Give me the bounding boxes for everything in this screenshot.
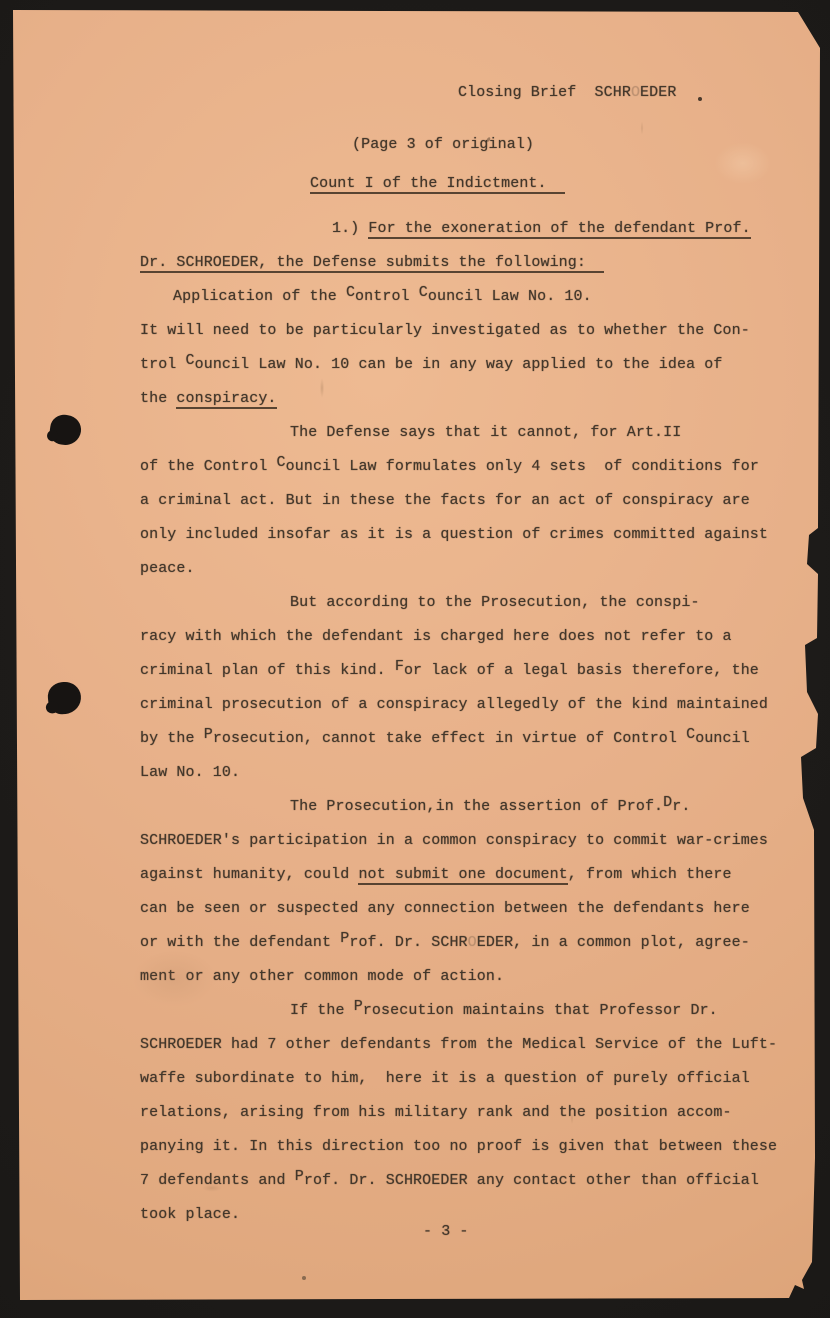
text-segment: can be seen or suspected any connection … [140,900,750,917]
text-segment: rosecution maintains that Professor Dr. [363,1002,718,1019]
header-line: Closing Brief SCHROEDER [140,76,800,110]
text-segment: against humanity, could [140,866,358,883]
text-segment: The Defense says that it cannot, for Art… [290,424,681,441]
text-line: SCHROEDER had 7 other defendants from th… [140,1028,800,1062]
text-segment: 7 defendants and [140,1172,295,1189]
scan-background: { "colors": { "background": "#1d1b19", "… [0,0,830,1318]
text-segment: only included insofar as it is a questio… [140,526,768,543]
text-segment: Dr. SCHROEDER, the Defense submits the f… [140,254,604,273]
text-segment: SCHROEDER's participation in a common co… [140,832,768,849]
text-segment: conspiracy. [176,390,276,409]
text-line: trol Council Law No. 10 can be in any wa… [140,348,800,382]
text-segment: P [204,726,213,743]
text-line: the conspiracy. [140,382,800,416]
text-line: of the Control Council Law formulates on… [140,450,800,484]
text-line: a criminal act. But in these the facts f… [140,484,800,518]
text-line: 7 defendants and Prof. Dr. SCHROEDER any… [140,1164,800,1198]
text-segment: Closing Brief SCHR [458,84,631,101]
text-segment: C [277,454,286,471]
text-line: waffe subordinate to him, here it is a q… [140,1062,800,1096]
text-segment: criminal plan of this kind. [140,662,395,679]
text-segment: Law No. 10. [140,764,240,781]
text-segment: D [663,794,672,811]
text-segment: rof. Dr. SCHR [349,934,467,951]
text-segment: rosecution, cannot take effect in virtue… [213,730,686,747]
text-segment: criminal prosecution of a conspiracy all… [140,696,768,713]
text-segment: r. [672,798,690,815]
text-line: racy with which the defendant is charged… [140,620,800,654]
text-segment: , from which there [568,866,732,883]
document-lines: Closing Brief SCHROEDER(Page 3 of origin… [140,8,800,1249]
text-segment: panying it. In this direction too no pro… [140,1138,777,1155]
text-segment: took place. [140,1206,240,1223]
text-line: against humanity, could not submit one d… [140,858,800,892]
text-segment: P [354,998,363,1015]
text-line: can be seen or suspected any connection … [140,892,800,926]
text-segment: O [631,84,640,101]
section-heading: Count I of the Indictment. [140,167,800,201]
text-segment: SCHROEDER had 7 other defendants from th… [140,1036,777,1053]
text-line: If the Prosecution maintains that Profes… [140,994,800,1028]
text-segment: EDER, in a common plot, agree- [477,934,750,951]
text-segment: trol [140,356,186,373]
text-segment: relations, arising from his military ran… [140,1104,732,1121]
text-segment: - 3 - [423,1223,469,1240]
text-line: criminal plan of this kind. For lack of … [140,654,800,688]
text-segment: by the [140,730,204,747]
punch-hole-bottom [46,680,82,715]
text-line: But according to the Prosecution, the co… [140,586,800,620]
text-segment: peace. [140,560,195,577]
text-segment: rof. Dr. SCHROEDER any contact other tha… [304,1172,759,1189]
text-segment: ouncil [695,730,750,747]
text-segment: ment or any other common mode of action. [140,968,504,985]
text-line: criminal prosecution of a conspiracy all… [140,688,800,722]
document-page: Closing Brief SCHROEDER(Page 3 of origin… [12,8,824,1302]
text-segment: not submit one document [358,866,567,885]
text-segment: or with the defendant [140,934,340,951]
text-segment: waffe subordinate to him, here it is a q… [140,1070,750,1087]
block-pagenote: (Page 3 of original) [140,128,800,162]
text-line: Law No. 10. [140,756,800,790]
text-line: Application of the Control Council Law N… [140,280,800,314]
text-segment: EDER [640,84,676,101]
text-segment: O [468,934,477,951]
text-line: SCHROEDER's participation in a common co… [140,824,800,858]
text-segment: or lack of a legal basis therefore, the [404,662,759,679]
page-note: (Page 3 of original) [140,128,800,162]
text-segment: the [140,390,176,407]
text-segment: It will need to be particularly investig… [140,322,750,339]
text-line: ment or any other common mode of action. [140,960,800,994]
text-line: peace. [140,552,800,586]
text-line: panying it. In this direction too no pro… [140,1130,800,1164]
text-line: 1.) For the exoneration of the defendant… [140,212,800,246]
text-line: or with the defendant Prof. Dr. SCHROEDE… [140,926,800,960]
text-segment: P [340,930,349,947]
text-segment: ouncil Law No. 10. [428,288,592,305]
text-segment: ouncil Law formulates only 4 sets of con… [286,458,759,475]
text-line: The Prosecution,in the assertion of Prof… [140,790,800,824]
text-line: only included insofar as it is a questio… [140,518,800,552]
text-segment: But according to the Prosecution, the co… [290,594,700,611]
text-segment: 1.) [332,220,368,237]
text-segment: of the Control [140,458,277,475]
text-segment: ontrol [355,288,419,305]
text-line: by the Prosecution, cannot take effect i… [140,722,800,756]
text-line: The Defense says that it cannot, for Art… [140,416,800,450]
punch-hole-top [48,413,83,447]
text-line: relations, arising from his military ran… [140,1096,800,1130]
ink-speck [302,1276,306,1280]
text-segment: C [686,726,695,743]
text-segment: a criminal act. But in these the facts f… [140,492,750,509]
text-line: Dr. SCHROEDER, the Defense submits the f… [140,246,800,280]
text-segment: Count I of the Indictment. [310,175,565,194]
text-segment: F [395,658,404,675]
text-segment: If the [290,1002,354,1019]
block-heading: Count I of the Indictment. [140,167,800,201]
text-segment: P [295,1168,304,1185]
block-header: Closing Brief SCHROEDER [140,76,800,110]
text-segment: racy with which the defendant is charged… [140,628,732,645]
text-segment: The Prosecution,in the assertion of Prof… [290,798,663,815]
text-segment: C [419,284,428,301]
text-segment: ouncil Law No. 10 can be in any way appl… [195,356,723,373]
text-segment: Application of the [173,288,346,305]
block-body: 1.) For the exoneration of the defendant… [140,212,800,1232]
text-segment: (Page 3 of original) [352,136,534,153]
text-segment: C [346,284,355,301]
text-segment: For the exoneration of the defendant Pro… [368,220,750,239]
text-segment: C [186,352,195,369]
text-line: It will need to be particularly investig… [140,314,800,348]
